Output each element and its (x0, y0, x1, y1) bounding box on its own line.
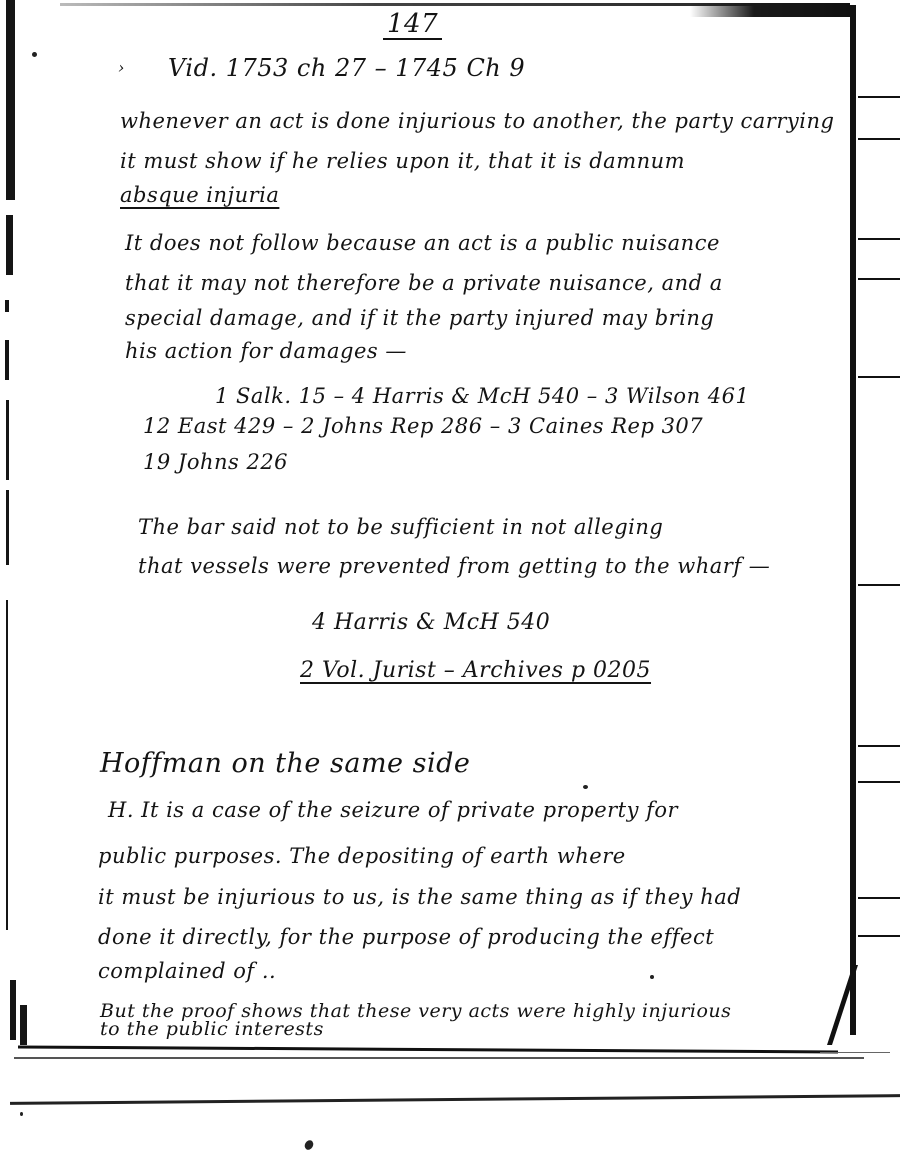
left-binding-edge (6, 600, 8, 930)
index-tab-line (858, 584, 900, 586)
text-line: special damage, and if it the party inju… (125, 305, 714, 331)
scan-speck (20, 1112, 23, 1116)
citation-line: 4 Harris & McH 540 (312, 610, 550, 635)
text-line: complained of .. (98, 958, 276, 984)
left-binding-edge (10, 980, 16, 1040)
section-heading: Hoffman on the same side (100, 748, 470, 779)
citation-line: 1 Salk. 15 – 4 Harris & McH 540 – 3 Wils… (215, 384, 749, 408)
scan-speck (32, 52, 37, 57)
text-line: to the public interests (100, 1018, 324, 1040)
citation-line: 12 East 429 – 2 Johns Rep 286 – 3 Caines… (143, 414, 703, 438)
text-line: that it may not therefore be a private n… (125, 270, 723, 296)
left-binding-edge (5, 300, 9, 312)
text-line: that vessels were prevented from getting… (138, 553, 770, 579)
scan-speck (650, 975, 654, 979)
citation-line-underlined: 2 Vol. Jurist – Archives p 0205 (300, 658, 651, 683)
text-line: it must be injurious to us, is the same … (98, 884, 741, 910)
citation-header: Vid. 1753 ch 27 – 1745 Ch 9 (168, 54, 525, 82)
left-binding-edge (5, 340, 9, 380)
page-bottom-border-shadow (14, 1057, 864, 1059)
text-line: his action for damages — (125, 338, 407, 364)
index-tab (858, 745, 900, 783)
scan-speck (303, 1139, 315, 1152)
margin-mark: › (118, 58, 125, 77)
left-binding-edge (6, 400, 9, 480)
text-line: it must show if he relies upon it, that … (120, 148, 685, 174)
citation-line: 19 Johns 226 (143, 450, 288, 474)
page-top-shadow (690, 3, 850, 17)
index-tab (858, 897, 900, 937)
text-line: It does not follow because an act is a p… (125, 230, 720, 256)
index-tab (858, 238, 900, 280)
text-line: whenever an act is done injurious to ano… (120, 108, 834, 134)
page-bottom-border (18, 1045, 838, 1053)
index-tab-line (820, 1052, 890, 1053)
index-tab (858, 96, 900, 140)
text-line: public purposes. The depositing of earth… (98, 843, 626, 869)
left-binding-edge (6, 0, 15, 200)
text-line: H. It is a case of the seizure of privat… (108, 797, 678, 823)
left-binding-edge (6, 215, 13, 275)
page-number: 147 (383, 10, 442, 40)
index-tab-line (858, 376, 900, 378)
lower-page-rule (10, 1094, 900, 1105)
left-binding-edge (6, 490, 9, 565)
text-line: done it directly, for the purpose of pro… (98, 924, 714, 950)
page-right-border (850, 5, 856, 1035)
text-line: The bar said not to be sufficient in not… (138, 514, 663, 540)
left-binding-edge (20, 1005, 27, 1045)
scan-speck (583, 785, 588, 789)
text-line-underlined: absque injuria (120, 182, 279, 208)
